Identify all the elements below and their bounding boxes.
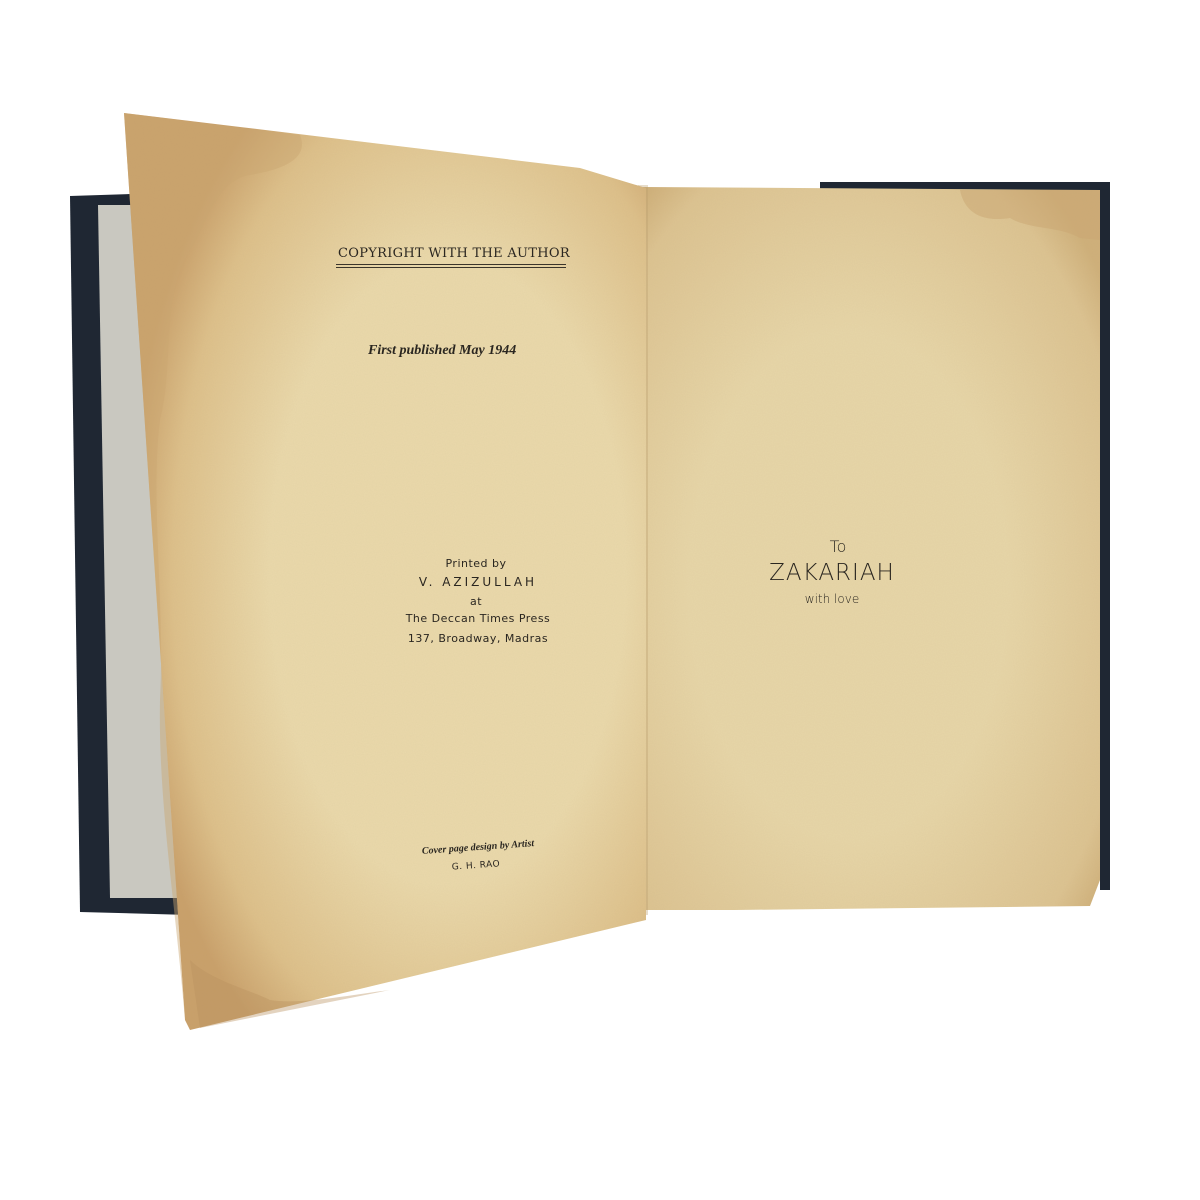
book-photo: COPYRIGHT WITH THE AUTHOR First publishe… <box>0 0 1200 1200</box>
press-address: 137, Broadway, Madras <box>408 632 548 645</box>
right-page <box>643 187 1100 910</box>
printer-name: V. AZIZULLAH <box>419 575 537 589</box>
dedication-to: To <box>830 537 847 556</box>
copyright-notice: COPYRIGHT WITH THE AUTHOR <box>338 246 570 261</box>
first-published: First published May 1944 <box>368 343 516 359</box>
copyright-rule-top <box>336 264 566 265</box>
press-name: The Deccan Times Press <box>406 612 551 625</box>
dedication-note: with love <box>805 592 859 606</box>
printed-by-label: Printed by <box>445 557 506 570</box>
open-book-illustration <box>0 0 1200 1200</box>
dedication-name: ZAKARIAH <box>769 560 895 586</box>
copyright-rule-bottom <box>336 267 566 268</box>
at-label: at <box>470 595 482 608</box>
